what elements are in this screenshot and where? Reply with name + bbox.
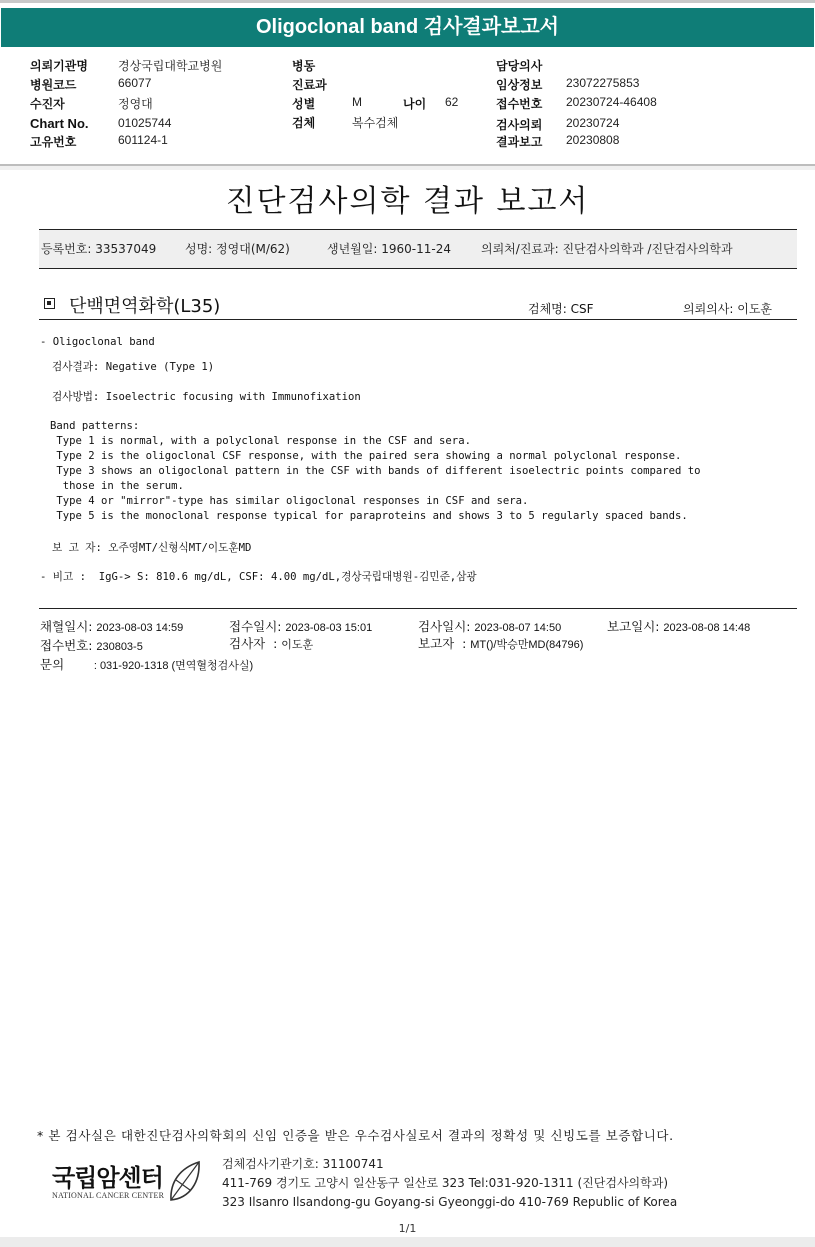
inquiry: 문의 : 031-920-1318 (면역혈청검사실) (40, 655, 253, 673)
value-result-report: 20230808 (566, 133, 619, 147)
leaf-icon (168, 1160, 202, 1204)
value-clinical-info: 23072275853 (566, 76, 639, 90)
label-clinical-info: 임상정보 (496, 76, 542, 93)
reporter-value: MT()/박승만MD(84796) (470, 639, 583, 651)
label-receipt-number: 접수번호 (496, 95, 542, 112)
value-referring-institution: 경상국립대학교병원 (118, 57, 222, 74)
report-header-info: 의뢰기관명 경상국립대학교병원 병원코드 66077 수진자 정영대 Chart… (0, 55, 815, 155)
header-divider-shadow (0, 166, 815, 170)
collected-label: 채혈일시: (40, 619, 93, 634)
section-square-icon (44, 298, 55, 309)
section-title: 단백면역화학(L35) (69, 292, 220, 318)
band-pattern-line: Type 3 shows an oligoclonal pattern in t… (50, 465, 701, 477)
registration-number: 등록번호: 33537049 (41, 230, 156, 268)
value-age: 62 (445, 95, 458, 109)
certification-statement: * 본 검사실은 대한진단검사의학회의 신임 인증을 받은 우수검사실로서 결과… (37, 1126, 674, 1144)
test-method: 검사방법: Isoelectric focusing with Immunofi… (52, 389, 361, 404)
tested-value: 2023-08-07 14:50 (474, 622, 561, 634)
value-hospital-code: 66077 (118, 76, 151, 90)
label-test-request: 검사의뢰 (496, 116, 542, 133)
label-hospital-code: 병원코드 (30, 76, 76, 93)
receipt-number-label: 접수번호: (40, 638, 93, 653)
reporter: 보고자 : MT()/박승만MD(84796) (418, 634, 583, 652)
band-pattern-line: Type 5 is the monoclonal response typica… (50, 510, 688, 522)
date-of-birth: 생년월일: 1960-11-24 (327, 230, 451, 268)
remark: - 비고 : IgG-> S: 810.6 mg/dL, CSF: 4.00 m… (40, 569, 477, 584)
test-name: - Oligoclonal band (40, 336, 155, 348)
value-test-request: 20230724 (566, 116, 619, 130)
referring-doctor: 의뢰의사: 이도훈 (683, 300, 772, 317)
inquiry-label: 문의 (40, 655, 90, 673)
tester: 검사자 : 이도훈 (229, 634, 313, 652)
band-pattern-line: Type 1 is normal, with a polyclonal resp… (50, 435, 471, 447)
tested-datetime: 검사일시: 2023-08-07 14:50 (418, 617, 561, 635)
value-sex: M (352, 95, 362, 109)
section-header: 단백면역화학(L35) 검체명: CSF 의뢰의사: 이도훈 (39, 292, 797, 320)
meta-divider (39, 608, 797, 609)
tested-label: 검사일시: (418, 619, 471, 634)
reported-datetime: 보고일시: 2023-08-08 14:48 (607, 617, 750, 635)
specimen-name: 검체명: CSF (528, 300, 594, 317)
received-label: 접수일시: (229, 619, 282, 634)
top-rule (0, 0, 815, 3)
collected-datetime: 채혈일시: 2023-08-03 14:59 (40, 617, 183, 635)
label-chart-no: Chart No. (30, 116, 89, 131)
received-datetime: 접수일시: 2023-08-03 15:01 (229, 617, 372, 635)
label-referring-institution: 의뢰기관명 (30, 57, 88, 74)
tester-value: 이도훈 (281, 639, 313, 651)
patient-name: 성명: 정영대(M/62) (185, 230, 290, 268)
referring-department: 의뢰처/진료과: 진단검사의학과 /진단검사의학과 (481, 230, 733, 268)
reporters: 보 고 자: 오주영MT/신형식MT/이도훈MD (52, 540, 251, 555)
label-age: 나이 (403, 95, 426, 112)
test-result: 검사결과: Negative (Type 1) (52, 359, 214, 374)
logo-text-english: NATIONAL CANCER CENTER (52, 1191, 164, 1200)
value-patient: 정영대 (118, 95, 153, 112)
reported-label: 보고일시: (607, 619, 660, 634)
receipt-number: 접수번호: 230803-5 (40, 636, 143, 654)
national-cancer-center-logo: 국립암센터 NATIONAL CANCER CENTER (50, 1158, 200, 1208)
address-korean: 411-769 경기도 고양시 일산동구 일산로 323 Tel:031-920… (222, 1174, 668, 1191)
received-value: 2023-08-03 15:01 (285, 622, 372, 634)
label-unique-no: 고유번호 (30, 133, 76, 150)
report-banner: Oligoclonal band 검사결과보고서 (1, 8, 814, 47)
address-english: 323 Ilsanro Ilsandong-gu Goyang-si Gyeon… (222, 1195, 677, 1209)
band-pattern-line: Type 4 or "mirror"-type has similar olig… (50, 495, 528, 507)
receipt-number-value: 230803-5 (96, 641, 143, 653)
patient-info-bar: 등록번호: 33537049 성명: 정영대(M/62) 생년월일: 1960-… (39, 229, 797, 269)
bottom-bar (0, 1237, 815, 1247)
label-patient: 수진자 (30, 95, 65, 112)
band-pattern-line: Type 2 is the oligoclonal CSF response, … (50, 450, 681, 462)
label-specimen: 검체 (292, 114, 315, 131)
label-attending-doctor: 담당의사 (496, 57, 542, 74)
document-title: 진단검사의학 결과 보고서 (0, 176, 815, 220)
label-department: 진료과 (292, 76, 327, 93)
band-patterns-heading: Band patterns: (50, 420, 139, 432)
tester-label: 검사자 : (229, 636, 277, 651)
institution-code: 검체검사기관기호: 31100741 (222, 1155, 384, 1172)
reporter-label: 보고자 : (418, 636, 466, 651)
reported-value: 2023-08-08 14:48 (663, 622, 750, 634)
value-receipt-number: 20230724-46408 (566, 95, 657, 109)
page-number: 1/1 (0, 1222, 815, 1235)
label-ward: 병동 (292, 57, 315, 74)
logo-text-korean: 국립암센터 (52, 1158, 163, 1193)
value-specimen: 복수검체 (352, 114, 398, 131)
band-pattern-line: those in the serum. (50, 480, 184, 492)
label-result-report: 결과보고 (496, 133, 542, 150)
value-unique-no: 601124-1 (118, 133, 168, 147)
label-sex: 성별 (292, 95, 315, 112)
inquiry-value: : 031-920-1318 (면역혈청검사실) (94, 660, 253, 672)
collected-value: 2023-08-03 14:59 (96, 622, 183, 634)
value-chart-no: 01025744 (118, 116, 171, 130)
